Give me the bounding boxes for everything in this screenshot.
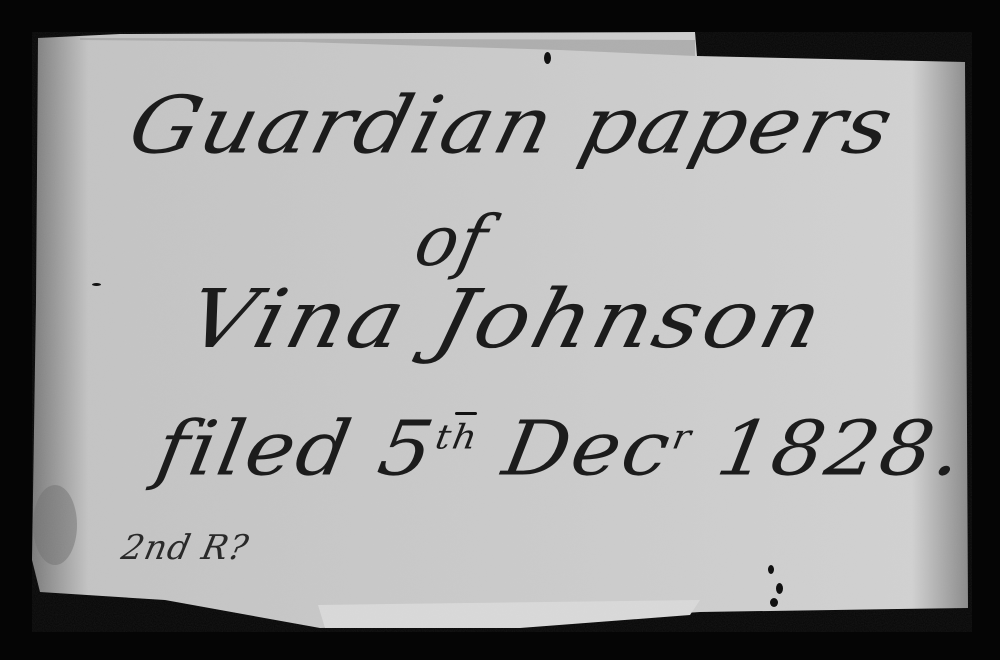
ink-speck — [776, 583, 783, 594]
filed-month: Dec — [497, 406, 679, 493]
ink-speck — [770, 598, 778, 607]
ink-speck — [768, 565, 774, 574]
document-scan: Guardian papers of Vina Johnson filed 5t… — [0, 0, 1000, 660]
filed-date: filed 5th Decr 1828. — [150, 406, 971, 493]
heading-guardian-papers: Guardian papers — [120, 80, 903, 172]
ink-speck — [92, 283, 101, 286]
day-suffix: th — [432, 417, 482, 457]
margin-note: 2nd R? — [118, 528, 252, 568]
ward-name: Vina Johnson — [178, 273, 835, 368]
filed-label: filed 5 — [150, 406, 441, 493]
ink-speck — [544, 52, 551, 64]
ink-dash — [455, 412, 477, 415]
filed-year: 1828. — [711, 406, 971, 493]
